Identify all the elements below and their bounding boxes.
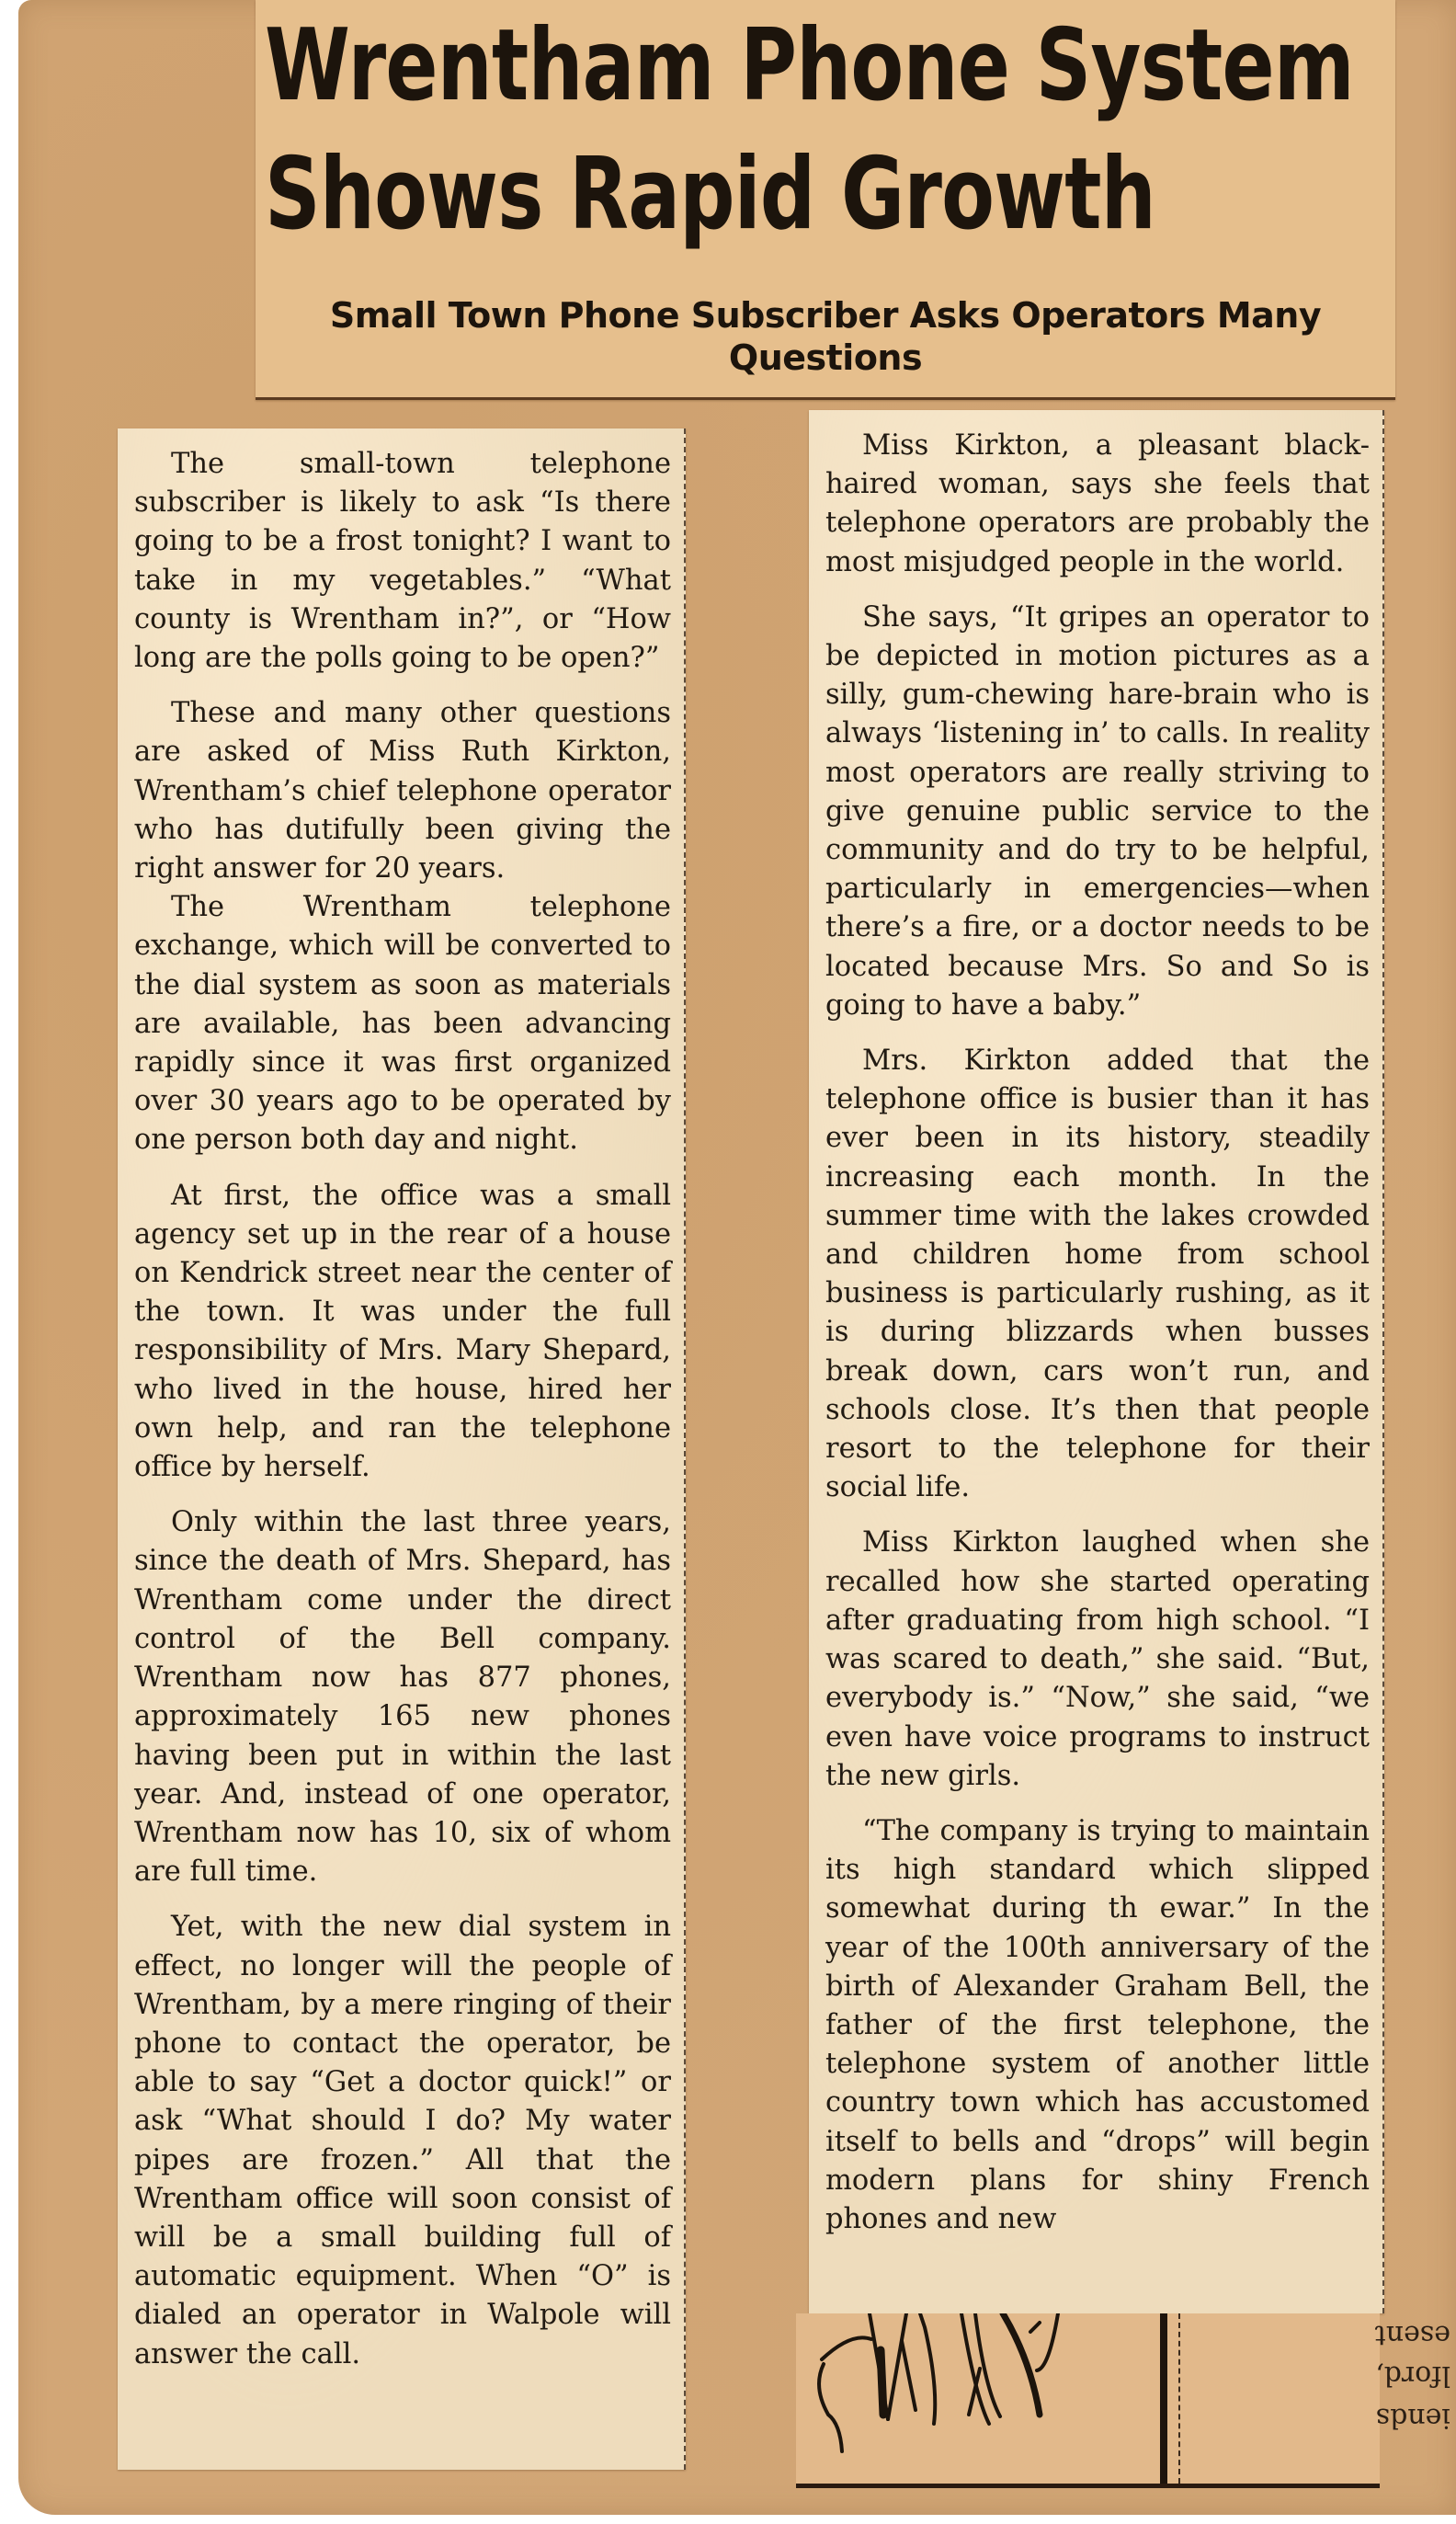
paragraph: She says, “It gripes an operator to be d… <box>825 599 1370 1025</box>
paragraph: Miss Kirkton laughed when she recalled h… <box>825 1524 1370 1795</box>
paragraph: Yet, with the new dial system in effect,… <box>134 1908 671 2373</box>
paragraph: Miss Kirkton, a pleasant black-haired wo… <box>825 427 1370 582</box>
paragraph: The small-town telephone subscriber is l… <box>134 445 671 678</box>
paragraph: Only within the last three years, since … <box>134 1503 671 1891</box>
paragraph: “The company is trying to maintain its h… <box>825 1812 1370 2239</box>
paragraph: The Wrentham telephone exchange, which w… <box>134 888 671 1159</box>
paragraph: Mrs. Kirkton added that the telephone of… <box>825 1042 1370 1507</box>
right-column-clipping: Miss Kirkton, a pleasant black-haired wo… <box>809 410 1384 2313</box>
cut-line <box>1178 2313 1180 2484</box>
column-rule <box>1160 2313 1167 2484</box>
headline-clipping: Wrentham Phone System Shows Rapid Growth… <box>256 0 1395 400</box>
headline-line-2: Shows Rapid Growth <box>265 140 1155 250</box>
reversed-text-fragment: iends <box>1191 2402 1450 2434</box>
left-column-clipping: The small-town telephone subscriber is l… <box>118 428 686 2470</box>
reversed-text-fragment: lford, <box>1191 2359 1450 2392</box>
headline-line-1: Wrentham Phone System <box>265 11 1354 121</box>
reversed-text-fragment: esent <box>1191 2319 1450 2351</box>
subheadline: Small Town Phone Subscriber Asks Operato… <box>265 294 1386 379</box>
paragraph: At first, the office was a small agency … <box>134 1177 671 1488</box>
paragraph: These and many other questions are asked… <box>134 694 671 888</box>
